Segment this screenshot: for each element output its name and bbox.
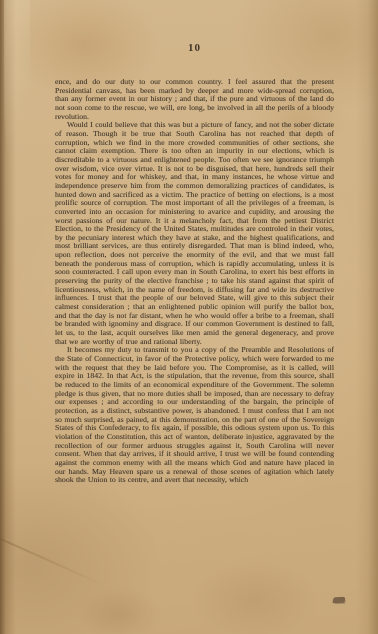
ink-smudge-mark: [332, 597, 346, 604]
page-edge-highlight: [4, 0, 30, 170]
body-text: ence, and do our duty to our common coun…: [55, 78, 334, 485]
scanned-page: 10 ence, and do our duty to our common c…: [0, 0, 378, 634]
text-block: 10 ence, and do our duty to our common c…: [55, 42, 334, 485]
body-paragraph: ence, and do our duty to our common coun…: [55, 78, 334, 121]
paper-crease: [0, 536, 105, 587]
body-paragraph: It becomes my duty to transmit to you a …: [55, 346, 334, 485]
body-paragraph: Would I could believe that this was but …: [55, 121, 334, 346]
page-number: 10: [55, 42, 334, 54]
